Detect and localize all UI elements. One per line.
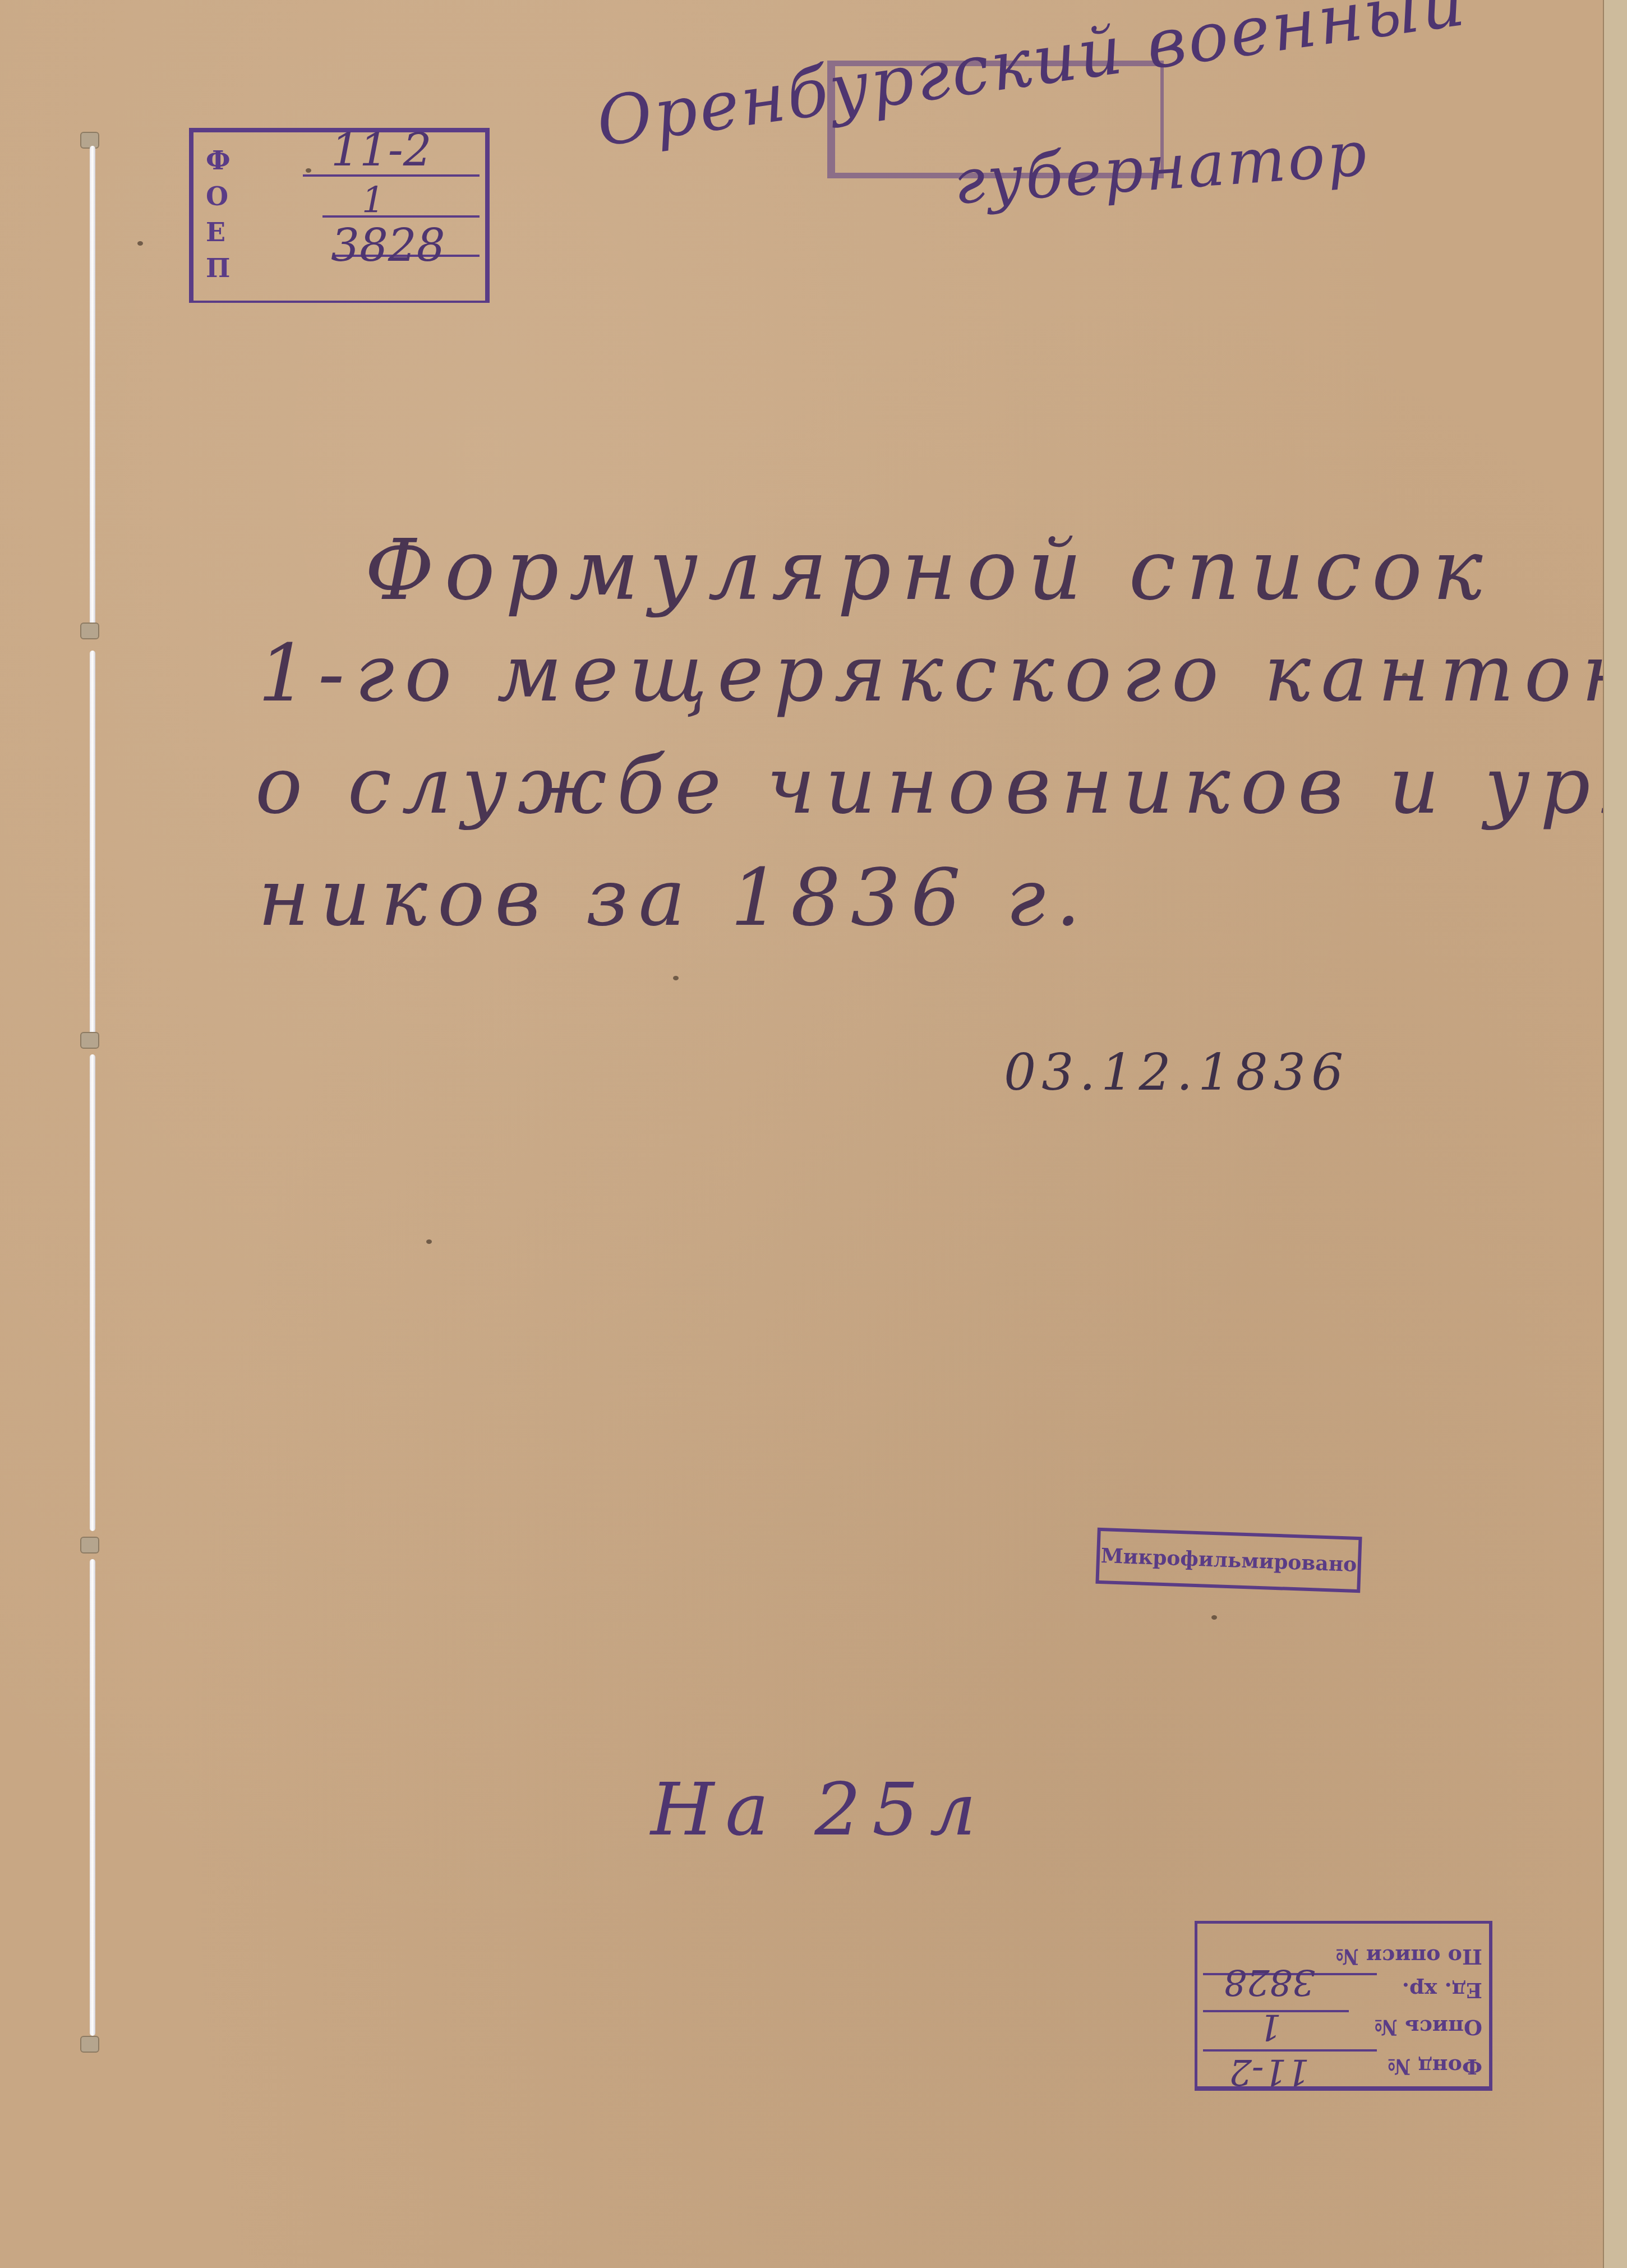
stamp-fond-label: Фонд № — [1388, 2054, 1482, 2080]
stamp-label-po: П — [206, 250, 231, 286]
binding-thread — [90, 1559, 95, 2036]
inverted-stamp-content: Фонд № 11-2 Опись № 1 Ед. хр. По описи №… — [1197, 1924, 1489, 2086]
binding-hole — [80, 1032, 99, 1049]
archive-stamp-bottom: Фонд № 11-2 Опись № 1 Ед. хр. По описи №… — [1195, 1921, 1492, 2091]
stamp-edhr-label: Ед. хр. — [1402, 1978, 1482, 2003]
paper-speck — [137, 241, 143, 246]
stamp-opis-value: 1 — [362, 180, 385, 222]
title-line-4: ников за 1836 г. — [258, 852, 1091, 944]
stamp-opis-label: Опись № — [1374, 2015, 1482, 2040]
stamp-po-opisi-label: По описи № — [1335, 1944, 1482, 1970]
stamp-label-ed: Е — [206, 214, 231, 250]
document-date: 03.12.1836 — [1004, 1043, 1349, 1102]
title-line-3: о службе чиновников и уряд- — [255, 740, 1627, 832]
binding-thread — [90, 146, 95, 634]
binding-thread — [90, 1054, 95, 1531]
stamp-line — [322, 215, 480, 218]
page-edge — [1603, 0, 1627, 2268]
binding-hole — [80, 623, 99, 639]
binding-hole — [80, 132, 99, 149]
stamp-fond-value: 11-2 — [331, 124, 432, 176]
sheet-count: На 25л — [651, 1767, 987, 1852]
archive-stamp-top: Ф О Е П 11-2 1 3828 — [189, 128, 490, 303]
binding-hole — [80, 1537, 99, 1554]
binding-thread — [90, 651, 95, 1038]
stamp-po-opisi-value: 3828 — [1224, 1961, 1315, 2002]
stamp-fond-value: 11-2 — [1229, 2050, 1310, 2092]
microfilm-stamp-text: Микрофильмировано — [1100, 1544, 1357, 1576]
paper-speck — [673, 976, 679, 980]
stamp-labels: Ф О Е П — [206, 142, 231, 286]
paper-speck — [426, 1239, 432, 1244]
binding-hole — [80, 2036, 99, 2053]
paper-speck — [1211, 1615, 1217, 1620]
title-line-2: 1-го мещерякского кантона — [258, 628, 1627, 720]
stamp-label-fond: Ф — [206, 142, 231, 178]
stamp-label-opis: О — [206, 178, 231, 214]
file-cover: Ф О Е П 11-2 1 3828 Оренбургский военный… — [0, 0, 1607, 2268]
title-line-1: Формулярной список — [365, 522, 1493, 619]
stamp-opis-value: 1 — [1259, 2006, 1282, 2047]
stamp-edhr-value: 3828 — [331, 219, 445, 271]
microfilm-stamp: Микрофильмировано — [1095, 1528, 1362, 1593]
